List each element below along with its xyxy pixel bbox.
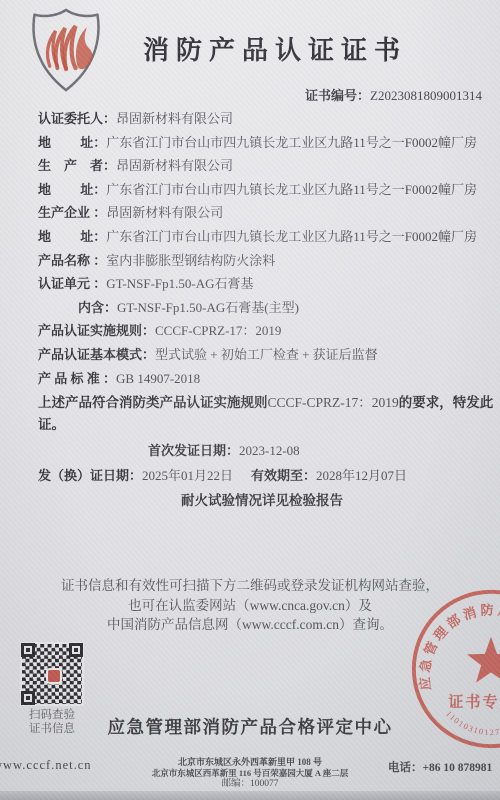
valid-until-label: 有效期至： [251,468,316,483]
qr-finder-icon [21,691,35,705]
field-value: 昂固新材料有限公司 [106,205,223,220]
field-row-producer: 生 产 者：昂固新材料有限公司 [38,154,500,178]
footer-postcode: 邮编：100077 [100,778,400,790]
field-value: 广东省江门市台山市四九镇长龙工业区九路11号之一F0002幢厂房 [106,229,477,244]
field-row-applicant: 认证委托人：昂固新材料有限公司 [38,107,500,131]
first-issue-date-value: 2023-12-08 [239,443,300,458]
field-row-address-3: 地 址：广东省江门市台山市四九镇长龙工业区九路11号之一F0002幢厂房 [38,225,500,249]
field-label: 地 址： [38,135,106,150]
first-issue-date-label: 首次发证日期： [148,443,239,458]
certificate-number: 证书编号：Z2023081809001314 [305,85,482,104]
first-issue-date-line: 首次发证日期：2023-12-08 [38,439,500,463]
qr-code [22,644,82,704]
certificate-body: 认证委托人：昂固新材料有限公司 地 址：广东省江门市台山市四九镇长龙工业区九路1… [38,107,500,513]
footer-address-line-1: 北京市东城区永外西革新里甲 108 号 [100,757,400,768]
reissue-date-line: 发（换）证日期：2025年01月22日有效期至：2028年12月07日 [38,464,500,488]
footer-address-block: 北京市东城区永外西革新里甲 108 号 北京市东城区西革新里 116 号百荣嘉园… [100,757,400,790]
field-label: 产品认证基本模式： [38,347,155,362]
field-label: 内含： [78,300,117,315]
certificate-page: 消防产品认证证书 证书编号：Z2023081809001314 认证委托人：昂固… [0,0,500,800]
field-value: GT-NSF-Fp1.50-AG石膏基 [106,276,253,291]
page-title: 消防产品认证证书 [70,30,480,67]
field-row-address-2: 地 址：广东省江门市台山市四九镇长龙工业区九路11号之一F0002幢厂房 [38,178,500,202]
field-value: CCCF-CPRZ-17：2019 [155,323,281,338]
field-row-product-standard: 产 品 标 准 ：GB 14907-2018 [38,367,500,391]
field-value: 昂固新材料有限公司 [116,158,233,173]
field-row-implementation-rule: 产品认证实施规则：CCCF-CPRZ-17：2019 [38,319,500,343]
field-label: 产 品 标 准 ： [38,371,116,386]
qr-center-logo-icon [46,668,62,684]
field-value: 昂固新材料有限公司 [116,111,233,126]
field-row-included-model: 内含：GT-NSF-Fp1.50-AG石膏基(主型) [38,296,500,320]
field-row-certification-mode: 产品认证基本模式：型式试验 + 初始工厂检查 + 获证后监督 [38,343,500,367]
field-value: 广东省江门市台山市四九镇长龙工业区九路11号之一F0002幢厂房 [106,135,477,150]
issuing-organization-name: 应急管理部消防产品合格评定中心 [0,714,500,739]
qr-finder-icon [69,643,83,657]
certificate-number-label: 证书编号： [305,88,370,103]
photo-edge-strip [0,791,500,800]
valid-until-value: 2028年12月07日 [316,468,407,483]
field-value: GB 14907-2018 [116,371,200,386]
footer-phone: 电话：+86 10 878981 [388,759,492,775]
field-label: 地 址： [38,229,106,244]
fire-test-note: 耐火试验情况详见检验报告 [38,489,486,513]
statement-rule-code: CCCF-CPRZ-17：2019 [268,395,399,410]
field-label: 认证单元 ： [38,276,106,291]
field-value: 室内非膨胀型钢结构防火涂料 [106,253,275,268]
field-row-certification-unit: 认证单元 ：GT-NSF-Fp1.50-AG石膏基 [38,272,500,296]
field-row-address-1: 地 址：广东省江门市台山市四九镇长龙工业区九路11号之一F0002幢厂房 [38,131,500,155]
reissue-date-label: 发（换）证日期： [38,468,142,483]
footer-address-line-2: 北京市东城区西革新里 116 号百荣嘉园大厦 A 座二层 [100,768,400,779]
field-label: 产品名称 ： [38,253,106,268]
statement-part1: 上述产品符合消防类产品认证实施规则 [38,395,268,410]
field-value: GT-NSF-Fp1.50-AG石膏基(主型) [117,300,299,315]
field-value: 广东省江门市台山市四九镇长龙工业区九路11号之一F0002幢厂房 [106,182,477,197]
field-row-product-name: 产品名称 ：室内非膨胀型钢结构防火涂料 [38,249,500,273]
qr-finder-icon [21,643,35,657]
field-label: 产品认证实施规则： [38,323,155,338]
field-value: 型式试验 + 初始工厂检查 + 获证后监督 [155,347,378,362]
field-label: 地 址： [38,182,106,197]
field-label: 生 产 者： [38,158,116,173]
compliance-statement: 上述产品符合消防类产品认证实施规则CCCF-CPRZ-17：2019的要求，特发… [38,392,500,435]
field-label: 生产企业 ： [38,205,106,220]
footer-website: www.cccf.net.cn [0,758,92,773]
field-label: 认证委托人： [38,111,116,126]
reissue-date-value: 2025年01月22日 [142,468,233,483]
certificate-number-value: Z2023081809001314 [370,88,482,103]
seal-label: 证书专用章 [448,693,500,711]
field-row-manufacturer: 生产企业 ：昂固新材料有限公司 [38,201,500,225]
